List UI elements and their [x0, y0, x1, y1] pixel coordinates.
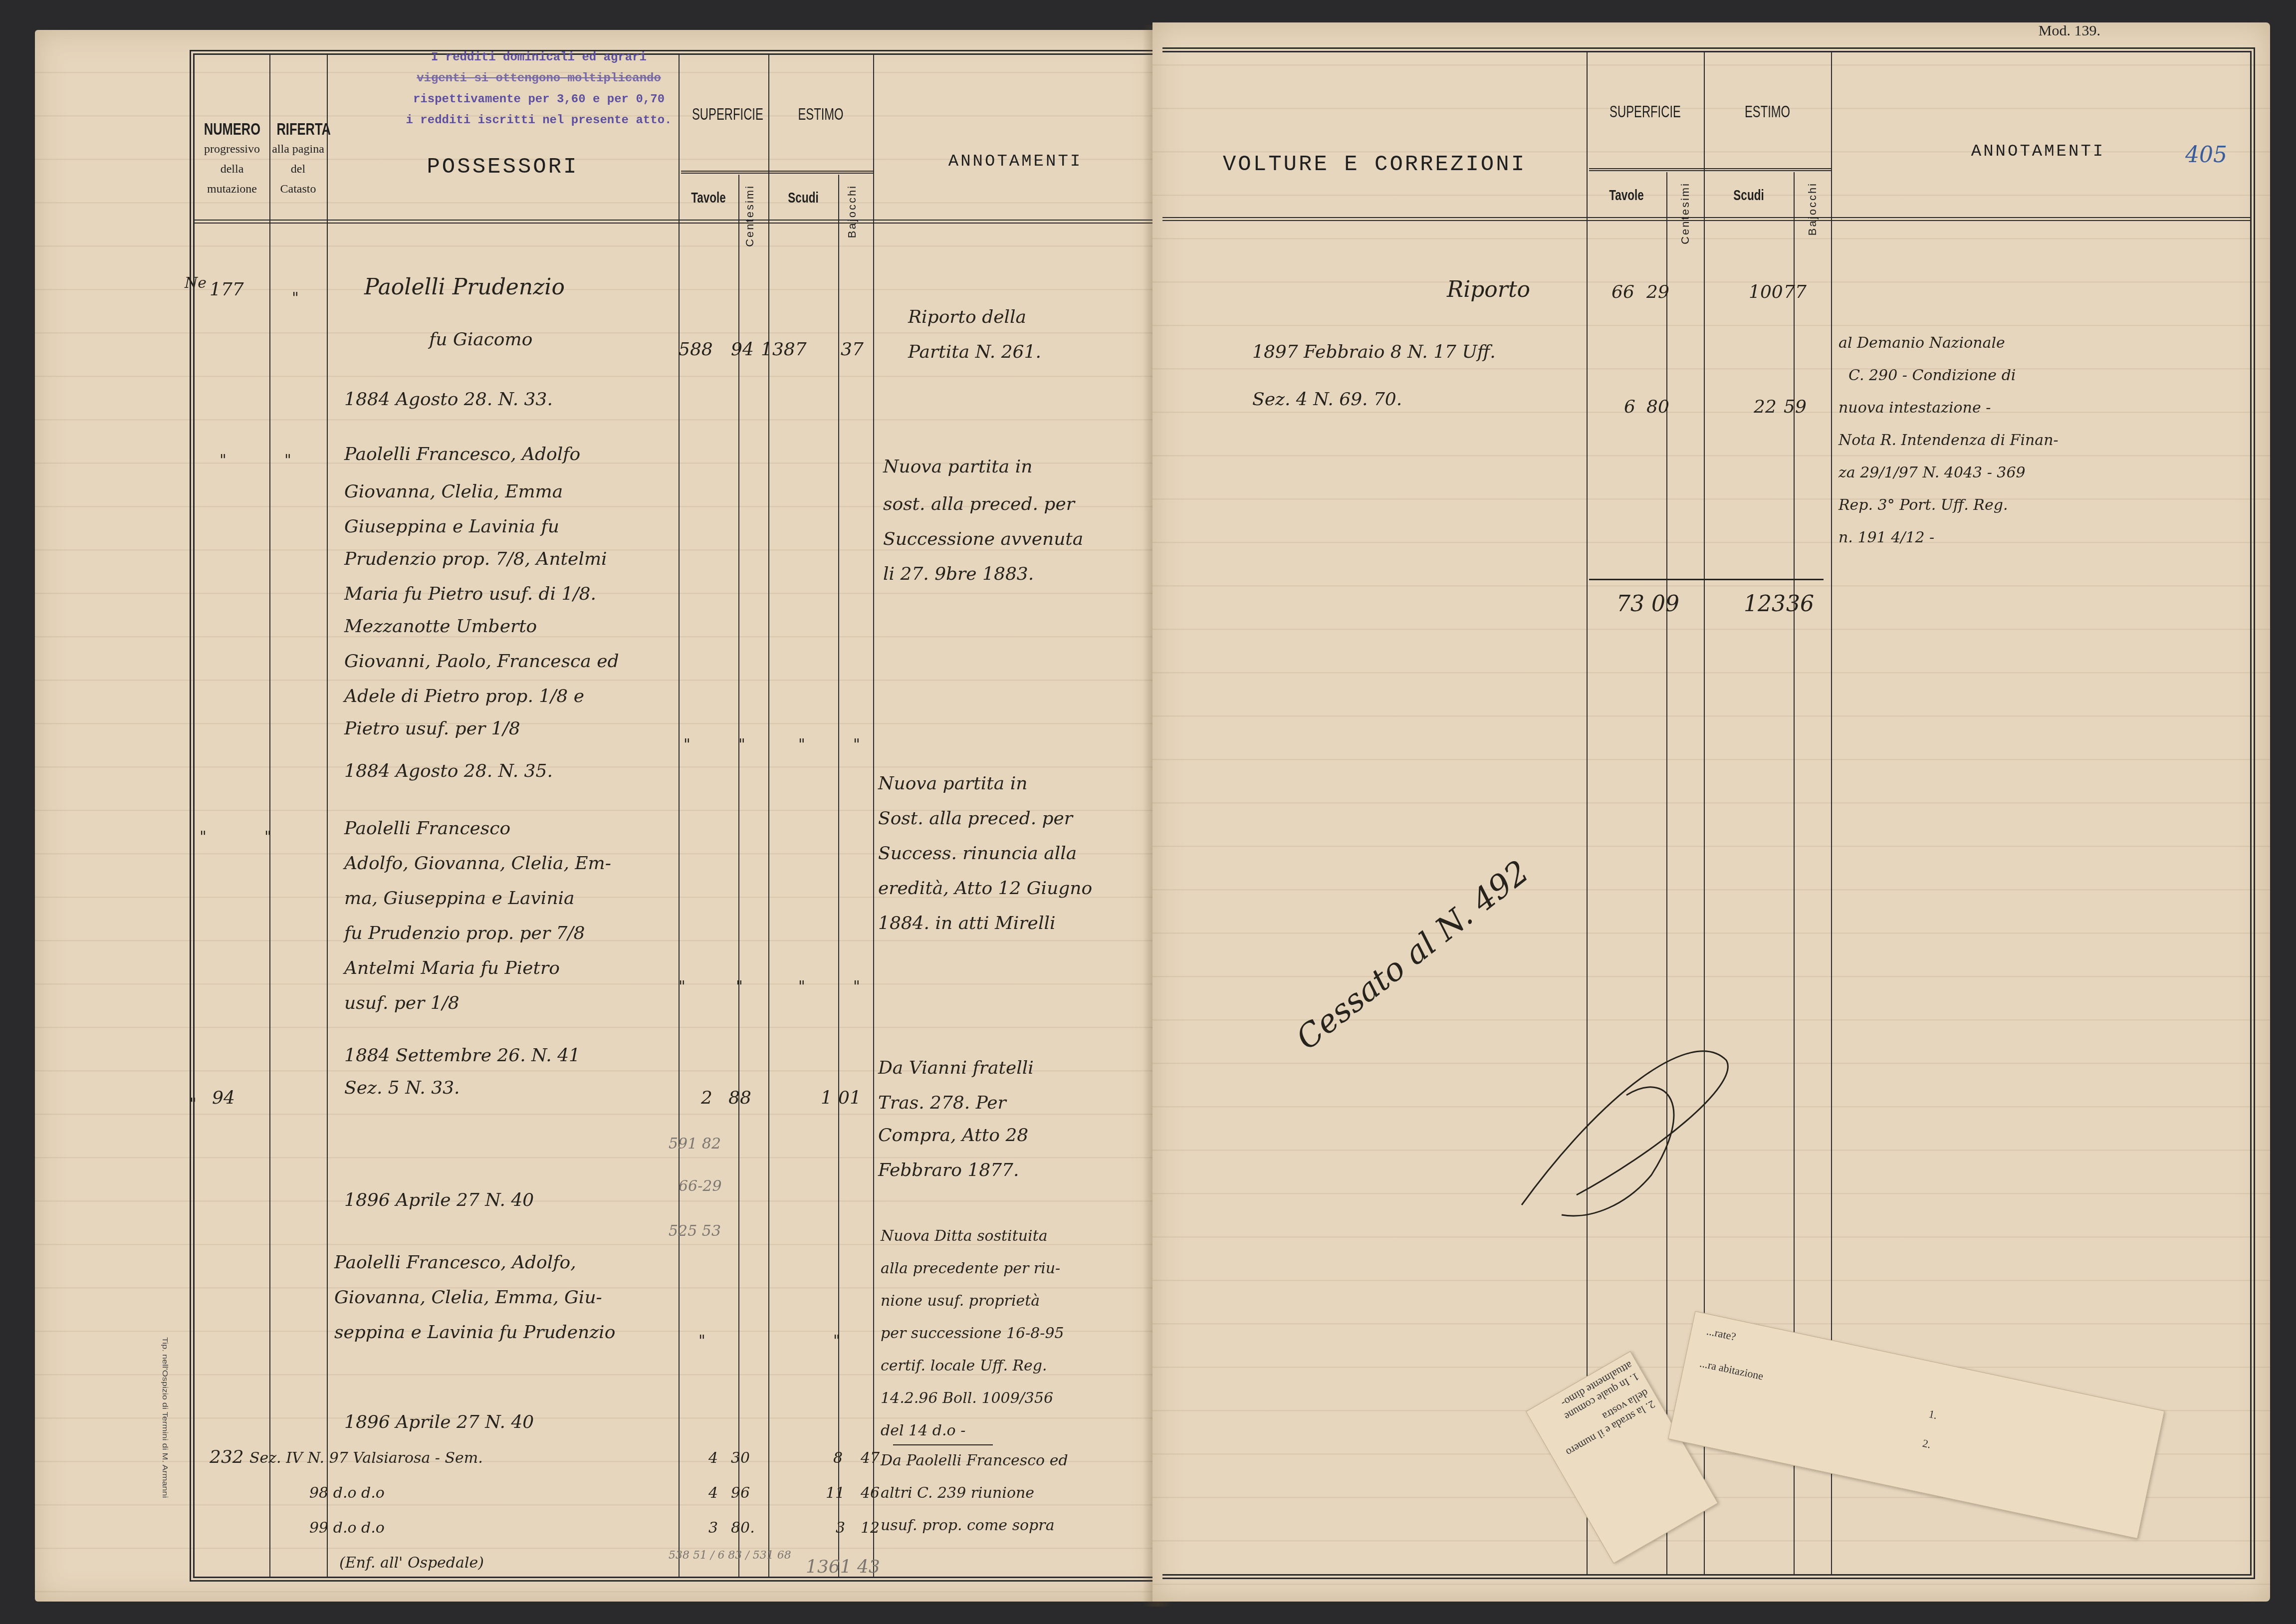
entry-annotamento: eredità, Atto 12 Giugno — [878, 878, 1092, 899]
pencil-total-estimo: 1361 43 — [806, 1557, 880, 1577]
entry-scudi: 1387 — [761, 339, 807, 360]
voltura-tavole: 6 — [1624, 397, 1635, 417]
entry-date: 1884 Agosto 28. N. 33. — [344, 389, 553, 410]
col-divider — [327, 55, 328, 1577]
entry-annotamento: Tras. 278. Per — [878, 1093, 1006, 1113]
header-numero: NUMERO progressivo della mutazione — [195, 120, 269, 199]
entry-annotamento: Nuova partita in — [883, 457, 1032, 477]
entry-riferta: " — [264, 828, 271, 846]
entry-possessore: Giovanna, Clelia, Emma, Giu- — [334, 1287, 602, 1308]
header-centesimi: Centesimi — [1679, 182, 1692, 244]
total-scudi: 123 — [1744, 591, 1786, 617]
right-page: Mod. 139. VOLTURE E CORREZIONI SUPERFICI… — [1152, 22, 2270, 1602]
entry-possessore: ma, Giuseppina e Lavinia — [344, 888, 575, 909]
parcel-tavole: 3 — [708, 1519, 718, 1537]
entry-possessore: Sez. 5 N. 33. — [344, 1078, 460, 1098]
parcel-bajocchi: 12 — [861, 1519, 880, 1537]
voltura-scudi: 22 — [1754, 397, 1777, 417]
riporto-centesimi: 29 — [1646, 282, 1669, 302]
entry-bajocchi: 37 — [841, 339, 864, 360]
header-superficie: SUPERFICIE — [692, 105, 755, 124]
entry-possessore: Maria fu Pietro usuf. di 1/8. — [344, 584, 596, 604]
parcel-scudi: 8 — [833, 1449, 843, 1467]
header-tavole: Tavole — [1597, 187, 1656, 204]
entry-possessore: Mezzanotte Umberto — [344, 616, 537, 637]
entry-annotamento: sost. alla preced. per — [883, 494, 1075, 514]
entry-annotamento: usuf. prop. come sopra — [881, 1517, 1055, 1534]
header-rule — [195, 220, 1157, 224]
subheader-rule — [1589, 168, 1831, 171]
parcel-scudi: 3 — [836, 1519, 845, 1537]
entry-annotamento: Nuova partita in — [878, 773, 1027, 794]
annotation-separator — [893, 1444, 993, 1445]
entry-annotamento: altri C. 239 riunione — [881, 1484, 1034, 1502]
header-bajocchi: Bajocchi — [1806, 182, 1819, 235]
voltura-parcels: Sez. 4 N. 69. 70. — [1252, 389, 1402, 410]
entry-annotamento: certif. locale Uff. Reg. — [881, 1357, 1047, 1375]
total-rule — [1589, 579, 1824, 580]
parcel-centesimi: 96 — [731, 1484, 750, 1502]
revaluation-stamp: I redditi dominicali ed agrari vigenti s… — [379, 47, 698, 131]
entry-scudi: " — [833, 1332, 840, 1350]
col-divider — [269, 55, 270, 1577]
header-volture: VOLTURE E CORREZIONI — [1162, 152, 1587, 177]
entry-date: 1884 Agosto 28. N. 35. — [344, 761, 553, 781]
header-rule — [1162, 217, 2250, 221]
parcel-centesimi: 30 — [731, 1449, 750, 1467]
parcel-tavole: 4 — [708, 1449, 718, 1467]
entry-annotamento: Successione avvenuta — [883, 529, 1083, 549]
entry-possessore: Adolfo, Giovanna, Clelia, Em- — [344, 853, 611, 874]
form-model-label: Mod. 139. — [2039, 22, 2100, 39]
stamp-line: I redditi dominicali ed agrari — [379, 47, 698, 68]
header-superficie: SUPERFICIE — [1604, 102, 1686, 122]
header-numero-sub: mutazione — [195, 179, 269, 199]
col-divider — [873, 55, 874, 1577]
paraph-flourish-icon — [1502, 896, 1751, 1245]
entry-annotamento: Riporto della — [908, 307, 1026, 327]
entry-riferta: 94 — [212, 1088, 235, 1108]
stamp-line: vigenti si ottengono moltiplicando — [379, 68, 698, 89]
entry-bajocchi: " — [853, 978, 860, 995]
entry-annotamento: 14.2.96 Boll. 1009/356 — [881, 1390, 1053, 1407]
col-divider — [838, 175, 839, 1577]
entry-possessore: fu Prudenzio prop. per 7/8 — [344, 923, 585, 943]
entry-possessore: Paolelli Francesco — [344, 818, 510, 839]
voltura-annotamento: al Demanio Nazionale — [1838, 334, 2005, 352]
col-divider — [738, 175, 739, 1577]
voltura-annotamento: Rep. 3° Port. Uff. Reg. — [1838, 496, 2008, 514]
entry-possessore: Giovanni, Paolo, Francesca ed — [344, 651, 619, 672]
header-riferta-sub: Catasto — [269, 179, 327, 199]
entry-annotamento: Da Vianni fratelli — [878, 1058, 1034, 1078]
parcel-bajocchi: 46 — [861, 1484, 880, 1502]
header-riferta: RIFERTA alla pagina del Catasto — [269, 120, 327, 199]
parcel-label: 99 d.o d.o — [309, 1519, 385, 1537]
entry-annotamento: Partita N. 261. — [908, 342, 1041, 362]
entry-annotamento: Success. rinuncia alla — [878, 843, 1077, 864]
entry-possessore: seppina e Lavinia fu Prudenzio — [334, 1322, 615, 1343]
entry-numero: 177 — [210, 279, 244, 300]
riporto-scudi: 100 — [1749, 282, 1783, 302]
header-numero-label: NUMERO — [204, 120, 260, 139]
header-centesimi: Centesimi — [743, 185, 756, 247]
total-bajocchi: 36 — [1786, 591, 1814, 617]
header-riferta-sub: alla pagina — [269, 139, 327, 159]
header-scudi: Scudi — [777, 190, 830, 207]
entry-possessore: Giuseppina e Lavinia fu — [344, 516, 559, 537]
slip-text: 2. — [1921, 1437, 1932, 1451]
header-tavole: Tavole — [686, 190, 731, 207]
voltura-annotamento: n. 191 4/12 - — [1838, 529, 1934, 546]
entry-date: 1896 Aprile 27 N. 40 — [344, 1412, 534, 1432]
header-estimo: ESTIMO — [784, 105, 858, 124]
header-scudi: Scudi — [1715, 187, 1783, 204]
entry-centesimi: " — [736, 978, 743, 995]
entry-annotamento: alla precedente per riu- — [881, 1260, 1060, 1277]
entry-annotamento: li 27. 9bre 1883. — [883, 564, 1034, 584]
entry-centesimi: 94 — [731, 339, 754, 360]
entry-scudi: " — [798, 978, 805, 995]
col-divider — [679, 55, 680, 1577]
voltura-annotamento: Nota R. Intendenza di Finan- — [1838, 432, 2059, 449]
header-estimo: ESTIMO — [1723, 102, 1812, 122]
entry-annotamento: Compra, Atto 28 — [878, 1125, 1028, 1146]
entry-tavole: " — [698, 1332, 705, 1350]
entry-annotamento: Sost. alla preced. per — [878, 808, 1073, 829]
pencil-calculation: 591 82 — [669, 1135, 721, 1153]
col-divider — [1587, 52, 1588, 1574]
voltura-date: 1897 Febbraio 8 N. 17 Uff. — [1252, 342, 1496, 362]
parcel-bajocchi: 47 — [861, 1449, 880, 1467]
entry-centesimi: " — [738, 736, 745, 753]
entry-scudi: " — [798, 736, 805, 753]
entry-annotamento: del 14 d.o - — [881, 1422, 965, 1439]
entry-riferta: " — [292, 289, 299, 307]
header-numero-sub: della — [195, 159, 269, 179]
voltura-annotamento: nuova intestazione - — [1838, 399, 1991, 417]
entry-bajocchi: " — [853, 736, 860, 753]
voltura-centesimi: 80 — [1646, 397, 1669, 417]
voltura-annotamento: za 29/1/97 N. 4043 - 369 — [1838, 464, 2026, 481]
entry-date: 1884 Settembre 26. N. 41 — [344, 1045, 580, 1066]
parcel-scudi: 11 — [826, 1484, 845, 1502]
entry-possessore: fu Giacomo — [429, 329, 532, 350]
pencil-total-superficie: 538 51 / 6 83 / 531 68 — [669, 1549, 791, 1562]
entry-numero: " — [190, 1095, 197, 1113]
stamp-line: i redditi iscritti nel presente atto. — [379, 110, 698, 131]
riporto-bajocchi: 77 — [1784, 282, 1807, 302]
entry-tavole: 2 — [701, 1088, 712, 1108]
entry-numero: 232 — [210, 1447, 244, 1467]
pencil-calculation: 66-29 — [679, 1177, 721, 1195]
entry-possessore: Paolelli Francesco, Adolfo — [344, 444, 580, 464]
entry-possessore: Prudenzio prop. 7/8, Antelmi — [344, 549, 607, 569]
entry-riferta: " — [284, 452, 291, 469]
parcel-centesimi: 80. — [731, 1519, 755, 1537]
entry-tavole: 588 — [679, 339, 713, 360]
entry-scudi: 1 — [821, 1088, 832, 1108]
entry-note: (Enf. all' Ospedale) — [339, 1554, 484, 1572]
entry-annotamento: Da Paolelli Francesco ed — [881, 1452, 1068, 1469]
pencil-calculation: 525 53 — [669, 1222, 721, 1240]
parcel-label: Sez. IV N. 97 Valsiarosa - Sem. — [249, 1449, 483, 1467]
entry-annotamento: per successione 16-8-95 — [881, 1325, 1064, 1342]
col-divider — [1666, 172, 1667, 1574]
voltura-annotamento: C. 290 - Condizione di — [1848, 367, 2016, 384]
riporto-tavole: 66 — [1611, 282, 1634, 302]
entry-tavole: " — [679, 978, 686, 995]
entry-tavole: " — [684, 736, 690, 753]
entry-annotamento: 1884. in atti Mirelli — [878, 913, 1055, 933]
header-annotamenti: ANNOTAMENTI — [1831, 142, 2245, 161]
voltura-bajocchi: 59 — [1784, 397, 1807, 417]
entry-possessore: Antelmi Maria fu Pietro — [344, 958, 560, 978]
total-tavole: 73 — [1616, 591, 1644, 617]
subheader-rule — [681, 171, 873, 174]
entry-possessore: Giovanna, Clelia, Emma — [344, 481, 563, 502]
entry-date: 1896 Aprile 27 N. 40 — [344, 1190, 534, 1210]
entry-bajocchi: 01 — [838, 1088, 861, 1108]
header-bajocchi: Bajocchi — [846, 185, 859, 238]
margin-note: Ne — [185, 274, 207, 292]
entry-possessore: Adele di Pietro prop. 1/8 e — [344, 686, 584, 706]
header-riferta-sub: del — [269, 159, 327, 179]
entry-annotamento: nione usuf. proprietà — [881, 1292, 1040, 1310]
entry-annotamento: Nuova Ditta sostituita — [881, 1227, 1048, 1245]
entry-centesimi: 88 — [728, 1088, 751, 1108]
stamp-line: rispettivamente per 3,60 e per 0,70 — [379, 89, 698, 110]
entry-numero: " — [200, 828, 207, 846]
header-possessori: POSSESSORI — [327, 155, 679, 180]
entry-annotamento: Febbraro 1877. — [878, 1160, 1019, 1180]
total-centesimi: 09 — [1651, 591, 1679, 617]
parcel-label: 98 d.o d.o — [309, 1484, 385, 1502]
left-page: NUMERO progressivo della mutazione RIFER… — [35, 30, 1162, 1602]
riporto-label: Riporto — [1447, 277, 1530, 302]
entry-possessore: usuf. per 1/8 — [344, 993, 459, 1013]
parcel-tavole: 4 — [708, 1484, 718, 1502]
entry-possessore: Pietro usuf. per 1/8 — [344, 718, 520, 739]
page-number-note: 405 — [2185, 142, 2227, 168]
col-divider — [768, 55, 769, 1577]
header-annotamenti: ANNOTAMENTI — [873, 152, 1157, 171]
entry-possessore: Paolelli Prudenzio — [364, 274, 565, 300]
entry-numero: " — [220, 452, 227, 469]
printer-imprint: Tip. nell'Ospizio di Termini di M. Arman… — [161, 1337, 169, 1498]
entry-possessore: Paolelli Francesco, Adolfo, — [334, 1252, 576, 1273]
header-numero-sub: progressivo — [195, 139, 269, 159]
header-riferta-label: RIFERTA — [276, 120, 319, 139]
